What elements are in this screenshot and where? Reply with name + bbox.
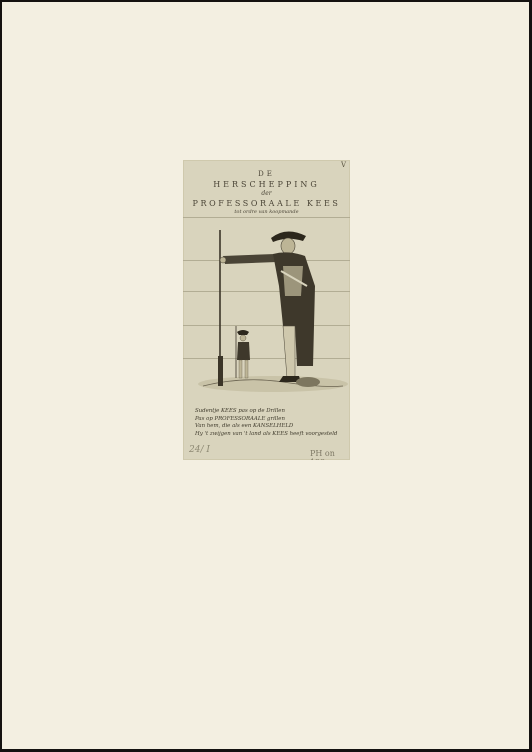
title-line-2: HERSCHEPPING (183, 179, 350, 190)
engraved-print: V DE HERSCHEPPING der PROFESSORAALE KEES… (183, 160, 350, 460)
print-title: DE HERSCHEPPING der PROFESSORAALE KEES t… (183, 170, 350, 215)
title-line-4: PROFESSORAALE KEES (183, 198, 350, 209)
verse-line: Pas op PROFESSORAALE grillen (195, 416, 345, 424)
title-line-1: DE (183, 170, 350, 179)
verse-line: Sudentje KEES pas op de Drillen (195, 408, 345, 416)
mounting-sheet: V DE HERSCHEPPING der PROFESSORAALE KEES… (2, 2, 529, 749)
verse-line: Hy 't zwijgen van 't land als KEES heeft… (195, 431, 345, 439)
title-line-5: tot ordre van koopmande (183, 209, 350, 215)
fold-line (183, 217, 350, 218)
inventory-mark-left: 24/ I (189, 445, 210, 455)
illustration-giant-and-soldier (183, 226, 350, 396)
inventory-mark-right: PH on 123 (310, 449, 350, 460)
verse-caption: Sudentje KEES pas op de Drillen Pas op P… (195, 408, 345, 438)
title-line-3: der (183, 190, 350, 198)
corner-mark: V (341, 161, 346, 169)
verse-line: Van hem, die als een KANSELHELD (195, 423, 345, 431)
